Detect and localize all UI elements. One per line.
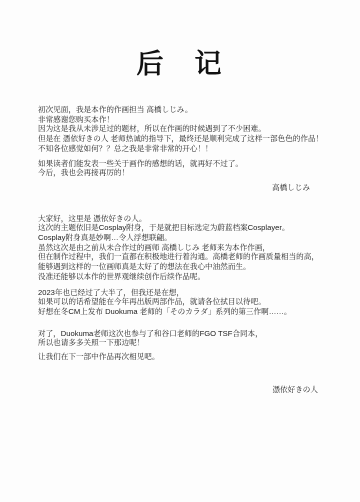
afterword-page: 后 记 初次见面，我是本作的作画担当 高橋しじみ。 非常感谢您购买本作！ 因为这…	[0, 0, 360, 502]
text-line: 这次的主题依旧是Cosplay附身，于是就把目标选定为蔚蓝档案Cosplayer…	[0, 223, 360, 233]
artist-request-paragraph: 如果读者们能发表一些关于画作的感想的话，就再好不过了。 今后，我也会再接再厉的！	[0, 159, 360, 178]
text-line: 但在制作过程中，我们一直都在积极地进行着沟通。高橋老师的作画质量相当的高，	[0, 252, 360, 262]
text-line: 好想在冬CM上发布 Duokuma 老师的「そのカラダ」系列的第三作啊……。	[0, 307, 360, 317]
closing-paragraph: 让我们在下一部中作品再次相见吧。	[0, 352, 360, 362]
text-line: 虽然这次是由之前从未合作过的画师 高橋しじみ 老师来为本作作画，	[0, 243, 360, 253]
text-line: 如果可以的话希望能在今年再出版两部作品，就请各位拭目以待吧。	[0, 297, 360, 307]
text-line: 非常感谢您购买本作！	[0, 115, 360, 125]
text-line: 2023年也已经过了大半了，但我还是在想，	[0, 288, 360, 298]
author-promo-paragraph: 对了，Duokuma老师这次也参与了和谷口老师的FGO TSF合同本， 所以也请…	[0, 329, 360, 348]
text-line: 今后，我也会再接再厉的！	[0, 168, 360, 178]
afterword-body: 初次见面，我是本作的作画担当 高橋しじみ。 非常感谢您购买本作！ 因为这是我从未…	[0, 105, 360, 394]
text-line: 不知各位感觉如何？？总之我是非常非常的开心！！	[0, 144, 360, 154]
text-line: 对了，Duokuma老师这次也参与了和谷口老师的FGO TSF合同本，	[0, 329, 360, 339]
text-line: 没准还能够以本作的世界观继续创作后续作品呢。	[0, 272, 360, 282]
text-line: 初次见面，我是本作的作画担当 高橋しじみ。	[0, 105, 360, 115]
author-signature: 憑依好きの人	[0, 385, 360, 395]
artist-greeting-paragraph: 初次见面，我是本作的作画担当 高橋しじみ。 非常感谢您购买本作！ 因为这是我从未…	[0, 105, 360, 154]
text-line: 大家好，这里是 憑依好きの人。	[0, 214, 360, 224]
text-line: 能够遇到这样的一位画师真是太好了的想法在我心中油然而生。	[0, 262, 360, 272]
text-line: 但是在 憑依好きの人 老师热诚的指导下，最终还是顺利完成了这样一部色色的作品！	[0, 134, 360, 144]
page-title: 后 记	[0, 0, 360, 80]
text-line: 因为这是我从未涉足过的题材，所以在作画的时候遇到了不少困难。	[0, 124, 360, 134]
artist-signature: 高橋しじみ	[0, 183, 360, 193]
text-line: Cosplay附身真是妙啊…令人浮想联翩。	[0, 233, 360, 243]
text-line: 所以也请多多关照一下那边呢！	[0, 338, 360, 348]
text-line: 如果读者们能发表一些关于画作的感想的话，就再好不过了。	[0, 159, 360, 169]
text-line: 让我们在下一部中作品再次相见吧。	[0, 352, 360, 362]
author-greeting-paragraph: 大家好，这里是 憑依好きの人。 这次的主题依旧是Cosplay附身，于是就把目标…	[0, 214, 360, 282]
author-plans-paragraph: 2023年也已经过了大半了，但我还是在想， 如果可以的话希望能在今年再出版两部作…	[0, 288, 360, 317]
